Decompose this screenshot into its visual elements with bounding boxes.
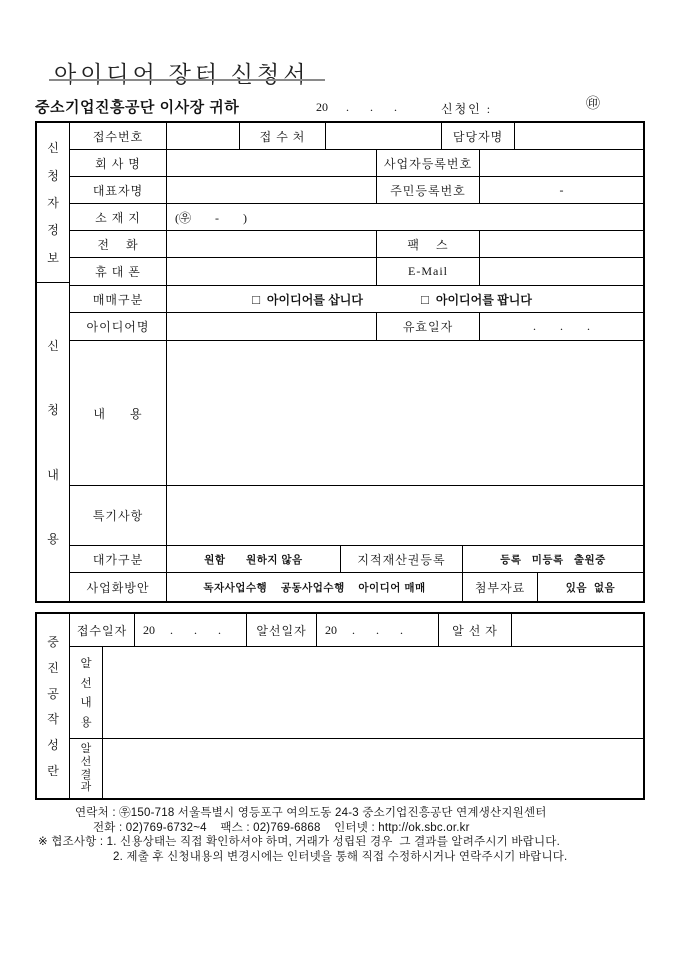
manager-field[interactable] <box>515 123 643 149</box>
resident-no-label: 주민등록번호 <box>377 177 480 203</box>
fax-label: 팩 스 <box>377 231 480 257</box>
application-form-page: 아이디어 장터 신청서 중소기업진흥공단 이사장 귀하 20 . . . 신청인… <box>0 0 680 962</box>
main-table: 신 청 자 정 보 신 청 내 용 접수번호 접 수 처 <box>35 121 645 603</box>
arrange-content-label: 알 선 내 용 <box>70 647 103 738</box>
address-label: 소 재 지 <box>70 204 167 230</box>
table-row: 휴 대 폰 E-Mail <box>70 258 643 285</box>
arrange-result-label: 알 선 결 과 <box>70 739 103 798</box>
email-label: E-Mail <box>377 258 480 285</box>
resident-no-field[interactable]: - <box>480 177 643 203</box>
sell-idea-option[interactable]: □ 아이디어를 팝니다 <box>421 291 532 308</box>
footer-notes: 연락처 : ㉾150-718 서울특별시 영등포구 여의도동 24-3 중소기업… <box>38 806 646 864</box>
ipr-label: 지적재산권등록 <box>341 546 463 572</box>
arrange-result-field[interactable] <box>103 739 643 798</box>
content-field[interactable] <box>167 341 643 485</box>
receipt-date-field[interactable]: 20 . . . <box>135 614 247 646</box>
receipt-office-label: 접 수 처 <box>240 123 326 149</box>
section-label-applicant-info: 신 청 자 정 보 <box>37 123 69 283</box>
trade-type-options: □ 아이디어를 삽니다 □ 아이디어를 팝니다 <box>167 286 643 312</box>
mobile-label: 휴 대 폰 <box>70 258 167 285</box>
email-field[interactable] <box>480 258 643 285</box>
recipient-line: 중소기업진흥공단 이사장 귀하 <box>35 96 239 117</box>
receipt-no-label: 접수번호 <box>70 123 167 149</box>
section-label-office-use: 중 진 공 작 성 란 <box>37 614 69 798</box>
receipt-no-field[interactable] <box>167 123 240 149</box>
content-label: 내 용 <box>70 341 167 485</box>
receipt-office-field[interactable] <box>326 123 442 149</box>
attachments-options[interactable]: 있음 없음 <box>538 573 643 601</box>
company-label: 회 사 명 <box>70 150 167 176</box>
biz-plan-label: 사업화방안 <box>70 573 167 601</box>
attachments-label: 첨부자료 <box>463 573 538 601</box>
table-row: 접수번호 접 수 처 담당자명 <box>70 123 643 150</box>
form-title-wrap: 아이디어 장터 신청서 <box>54 56 309 89</box>
contact-line: 연락처 : ㉾150-718 서울특별시 영등포구 여의도동 24-3 중소기업… <box>38 806 646 821</box>
application-section: 매매구분 □ 아이디어를 삽니다 □ 아이디어를 팝니다 아이디어명 <box>70 285 643 601</box>
section-label-application: 신 청 내 용 <box>37 283 69 601</box>
ceo-field[interactable] <box>167 177 377 203</box>
buy-idea-label: 아이디어를 삽니다 <box>267 291 363 308</box>
idea-name-label: 아이디어명 <box>70 313 167 340</box>
office-section-label-column: 중 진 공 작 성 란 <box>37 614 70 798</box>
table-row: 특기사항 <box>70 486 643 546</box>
trade-type-label: 매매구분 <box>70 286 167 312</box>
seal-icon: ㊞ <box>586 98 600 112</box>
arranger-field[interactable] <box>512 614 643 646</box>
page-title: 아이디어 장터 신청서 <box>54 62 309 87</box>
cooperation-note-1: ※ 협조사항 : 1. 신용상태는 직접 확인하셔야 하며, 거래가 성립된 경… <box>38 835 646 850</box>
phone-label: 전 화 <box>70 231 167 257</box>
table-row: 매매구분 □ 아이디어를 삽니다 □ 아이디어를 팝니다 <box>70 286 643 313</box>
table-row: 소 재 지 (㉾ - ) <box>70 204 643 231</box>
biz-reg-label: 사업자등록번호 <box>377 150 480 176</box>
table-row: 회 사 명 사업자등록번호 <box>70 150 643 177</box>
biz-reg-field[interactable] <box>480 150 643 176</box>
table-row: 대가구분 원함 원하지 않음 지적재산권등록 등록 미등록 출원중 <box>70 546 643 573</box>
header-date-field[interactable]: 20 . . . <box>316 100 397 115</box>
notes-field[interactable] <box>167 486 643 545</box>
mobile-field[interactable] <box>167 258 377 285</box>
ceo-label: 대표자명 <box>70 177 167 203</box>
office-use-table: 중 진 공 작 성 란 접수일자 20 . . . 알선일자 20 . . . … <box>35 612 645 800</box>
section-label-column: 신 청 자 정 보 신 청 내 용 <box>37 123 70 601</box>
address-field[interactable]: (㉾ - ) <box>167 204 643 230</box>
company-field[interactable] <box>167 150 377 176</box>
applicant-signature-label: 신청인 : <box>441 100 492 117</box>
phone-field[interactable] <box>167 231 377 257</box>
valid-date-field[interactable]: . . . <box>480 313 643 340</box>
notes-label: 특기사항 <box>70 486 167 545</box>
arranger-label: 알 선 자 <box>439 614 512 646</box>
idea-name-field[interactable] <box>167 313 377 340</box>
fax-field[interactable] <box>480 231 643 257</box>
table-row: 접수일자 20 . . . 알선일자 20 . . . 알 선 자 <box>70 614 643 647</box>
table-row: 알 선 결 과 <box>70 739 643 798</box>
biz-plan-options[interactable]: 독자사업수행 공동사업수행 아이디어 매매 <box>167 573 463 601</box>
applicant-info-section: 접수번호 접 수 처 담당자명 회 사 명 사업자등록번호 대표자명 주민등 <box>70 123 643 285</box>
ipr-options[interactable]: 등록 미등록 출원중 <box>463 546 643 572</box>
cooperation-note-2: 2. 제출 후 신청내용의 변경시에는 인터넷을 통해 직접 수정하시거나 연락… <box>38 850 646 865</box>
price-type-options[interactable]: 원함 원하지 않음 <box>167 546 341 572</box>
table-row: 전 화 팩 스 <box>70 231 643 258</box>
phone-fax-internet-line: 전화 : 02)769-6732~4 팩스 : 02)769-6868 인터넷 … <box>38 821 646 836</box>
valid-date-label: 유효일자 <box>377 313 480 340</box>
table-row: 사업화방안 독자사업수행 공동사업수행 아이디어 매매 첨부자료 있음 없음 <box>70 573 643 601</box>
checkbox-icon[interactable]: □ <box>252 293 260 306</box>
receipt-date-label: 접수일자 <box>70 614 135 646</box>
arrange-content-field[interactable] <box>103 647 643 738</box>
checkbox-icon[interactable]: □ <box>421 293 429 306</box>
arrange-date-label: 알선일자 <box>247 614 317 646</box>
buy-idea-option[interactable]: □ 아이디어를 삽니다 <box>252 291 363 308</box>
arrange-date-field[interactable]: 20 . . . <box>317 614 439 646</box>
table-row: 아이디어명 유효일자 . . . <box>70 313 643 341</box>
sell-idea-label: 아이디어를 팝니다 <box>436 291 532 308</box>
price-type-label: 대가구분 <box>70 546 167 572</box>
table-row: 대표자명 주민등록번호 - <box>70 177 643 204</box>
manager-label: 담당자명 <box>442 123 515 149</box>
table-row: 알 선 내 용 <box>70 647 643 739</box>
table-row: 내 용 <box>70 341 643 486</box>
